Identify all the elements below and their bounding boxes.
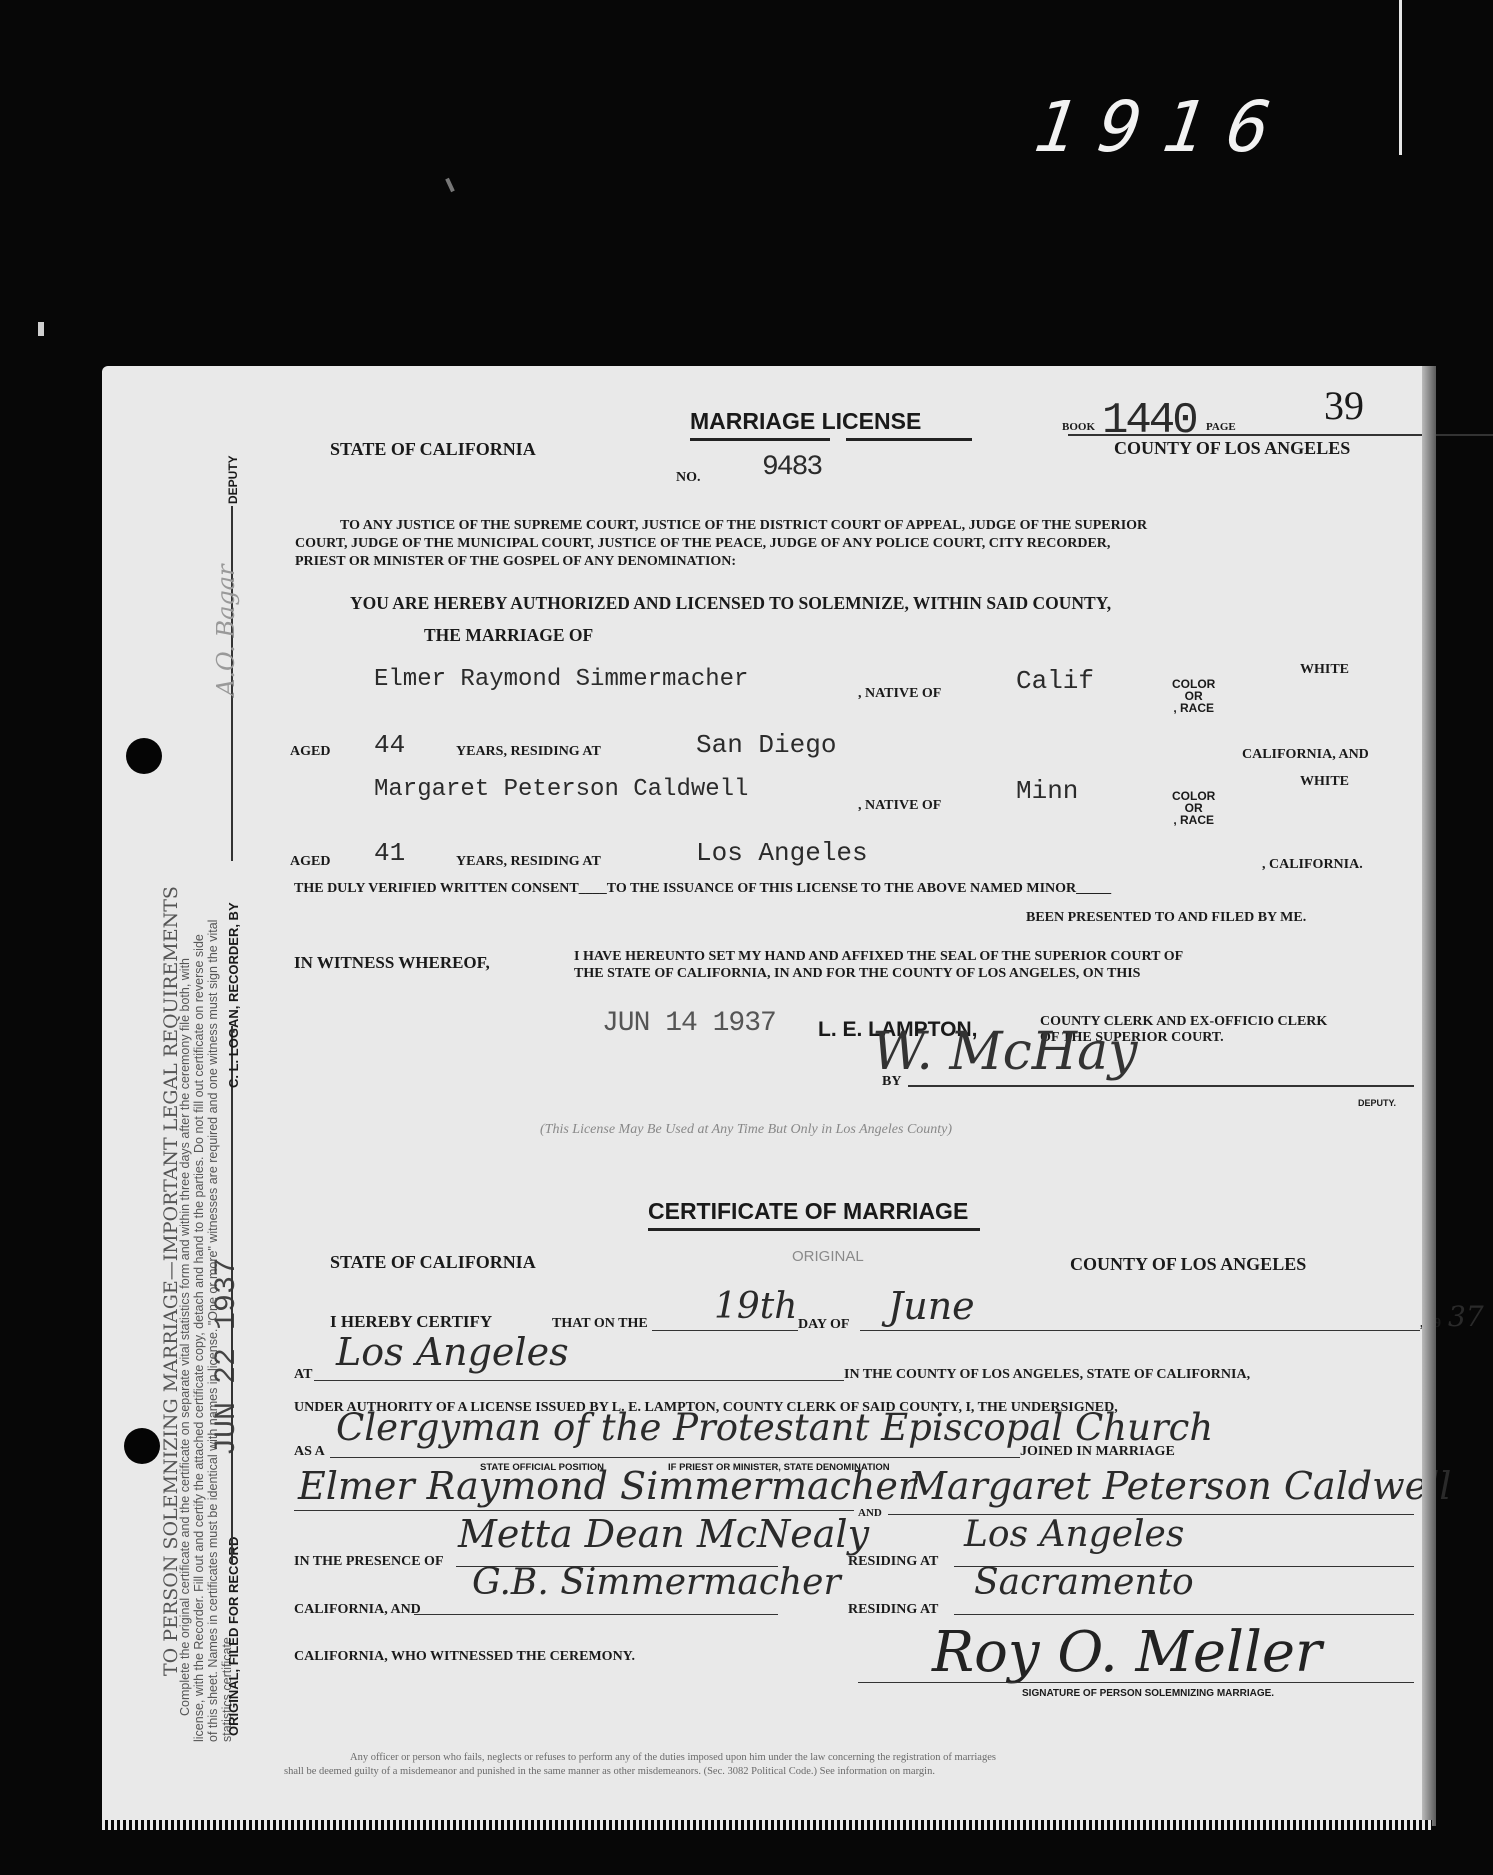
place-line xyxy=(314,1380,844,1381)
license-no-label: NO. xyxy=(676,470,701,486)
residing-at-label: RESIDING AT xyxy=(848,1602,938,1618)
recorder-deputy-signature: A.O. Bagar xyxy=(212,564,240,696)
authorization-text: YOU ARE HEREBY AUTHORIZED AND LICENSED T… xyxy=(350,593,1111,614)
film-frame-number: 1916 xyxy=(1029,86,1297,168)
page-label: PAGE xyxy=(1206,421,1236,433)
addressee-text: PRIEST OR MINISTER OF THE GOSPEL OF ANY … xyxy=(295,554,736,570)
paper-edge-shadow xyxy=(1422,366,1436,1826)
presence-label: IN THE PRESENCE OF xyxy=(294,1554,444,1570)
witness2-line xyxy=(414,1614,778,1615)
book-label: BOOK xyxy=(1062,421,1095,433)
witness-whereof-label: IN WITNESS WHEREOF, xyxy=(294,953,490,973)
addressee-text: TO ANY JUSTICE OF THE SUPREME COURT, JUS… xyxy=(340,518,1147,534)
place-value: Los Angeles xyxy=(336,1330,569,1374)
consent-text: THE DULY VERIFIED WRITTEN CONSENT____TO … xyxy=(294,881,1111,897)
authorization-text: THE MARRIAGE OF xyxy=(424,625,593,646)
bride-name: Margaret Peterson Caldwell xyxy=(374,776,748,803)
consent-text: BEEN PRESENTED TO AND FILED BY ME. xyxy=(1026,910,1306,926)
original-stamp: ORIGINAL xyxy=(792,1248,864,1265)
license-county: COUNTY OF LOS ANGELES xyxy=(1114,438,1350,459)
color-race-label: COLOR OR , RACE xyxy=(1172,790,1215,826)
margin-instruction: Complete the original certificate and th… xyxy=(178,958,192,1716)
footer-penalty-text: Any officer or person who fails, neglect… xyxy=(350,1752,996,1763)
footer-penalty-text: shall be deemed guilty of a misdemeanor … xyxy=(284,1766,935,1777)
years-residing-label: YEARS, RESIDING AT xyxy=(456,854,601,870)
groom-signature-line xyxy=(294,1510,854,1511)
paper-torn-edge xyxy=(102,1820,1432,1830)
title-underline xyxy=(648,1228,980,1231)
year-value: 37 xyxy=(1448,1300,1484,1333)
validity-note: (This License May Be Used at Any Time Bu… xyxy=(540,1122,952,1138)
in-county-text: IN THE COUNTY OF LOS ANGELES, STATE OF C… xyxy=(844,1367,1250,1383)
punch-hole xyxy=(124,1428,160,1464)
filed-date-stamp: JUN 22 1937 xyxy=(210,1258,244,1456)
joined-in-marriage-label: JOINED IN MARRIAGE xyxy=(1020,1444,1175,1460)
license-no-value: 9483 xyxy=(762,452,821,483)
day-line xyxy=(652,1330,798,1331)
title-underline xyxy=(690,438,830,441)
recorder-label: C. L. LOGAN, RECORDER, BY xyxy=(226,902,241,1088)
film-edge-line xyxy=(1399,0,1402,155)
license-title: MARRIAGE LICENSE xyxy=(690,408,921,435)
filed-line xyxy=(231,1026,233,1564)
native-of-label: , NATIVE OF xyxy=(858,686,941,702)
month-line xyxy=(860,1330,1420,1331)
deputy-label: DEPUTY. xyxy=(1358,1098,1396,1108)
witness2-residence: Sacramento xyxy=(974,1562,1194,1603)
bride-race: WHITE xyxy=(1300,774,1349,790)
signature-caption: SIGNATURE OF PERSON SOLEMNIZING MARRIAGE… xyxy=(1022,1688,1274,1699)
groom-race: WHITE xyxy=(1300,662,1349,678)
as-a-label: AS A xyxy=(294,1444,325,1460)
deputy-signature-line xyxy=(908,1085,1414,1087)
color-race-label: COLOR OR , RACE xyxy=(1172,678,1215,714)
certificate-county: COUNTY OF LOS ANGELES xyxy=(1070,1254,1306,1275)
day-value: 19th xyxy=(714,1286,797,1327)
groom-residence: San Diego xyxy=(696,730,836,760)
witness2-residence-line xyxy=(954,1614,1414,1615)
filed-for-record-label: ORIGINAL, FILED FOR RECORD xyxy=(226,1537,241,1736)
day-of-label: DAY OF xyxy=(798,1317,849,1333)
deputy-signature: W. McHay xyxy=(872,1022,1138,1082)
addressee-text: COURT, JUDGE OF THE MUNICIPAL COURT, JUS… xyxy=(295,536,1110,552)
witnessed-ceremony-text: CALIFORNIA, WHO WITNESSED THE CEREMONY. xyxy=(294,1649,635,1665)
witness-whereof-text: THE STATE OF CALIFORNIA, IN AND FOR THE … xyxy=(574,966,1140,982)
page-value: 39 xyxy=(1324,382,1364,429)
california-and-label: CALIFORNIA, AND xyxy=(294,1602,421,1618)
certificate-state: STATE OF CALIFORNIA xyxy=(330,1252,536,1273)
california-and-label: CALIFORNIA, AND xyxy=(1242,747,1369,763)
license-state: STATE OF CALIFORNIA xyxy=(330,439,536,460)
groom-age: 44 xyxy=(374,730,405,760)
title-underline xyxy=(846,438,972,441)
bride-residence: Los Angeles xyxy=(696,838,868,868)
groom-name: Elmer Raymond Simmermacher xyxy=(374,666,748,693)
years-residing-label: YEARS, RESIDING AT xyxy=(456,744,601,760)
native-of-label: , NATIVE OF xyxy=(858,798,941,814)
punch-hole xyxy=(126,738,162,774)
aged-label: AGED xyxy=(290,854,330,870)
bride-signed-name: Margaret Peterson Caldwell xyxy=(908,1464,1451,1508)
deputy-label: DEPUTY xyxy=(226,455,240,504)
certify-label: I HEREBY CERTIFY xyxy=(330,1312,492,1332)
officiant-signature-line xyxy=(858,1682,1414,1683)
bride-age: 41 xyxy=(374,838,405,868)
bride-native-of: Minn xyxy=(1016,776,1078,806)
certificate-title: CERTIFICATE OF MARRIAGE xyxy=(648,1198,968,1225)
california-label: , CALIFORNIA. xyxy=(1262,857,1363,873)
race-label: , RACE xyxy=(1172,814,1215,826)
witness1-residence: Los Angeles xyxy=(964,1514,1184,1555)
groom-signed-name: Elmer Raymond Simmermacher xyxy=(298,1464,916,1508)
film-speck xyxy=(445,178,455,192)
officiant-signature: Roy O. Meller xyxy=(932,1620,1322,1685)
margin-instruction: license, with the Recorder. Fill out and… xyxy=(192,934,206,1742)
at-label: AT xyxy=(294,1367,312,1383)
issue-date-stamp: JUN 14 1937 xyxy=(602,1008,776,1039)
groom-native-of: Calif xyxy=(1016,666,1094,696)
race-label: , RACE xyxy=(1172,702,1215,714)
officiant-position: Clergyman of the Protestant Episcopal Ch… xyxy=(336,1406,1213,1449)
aged-label: AGED xyxy=(290,744,330,760)
witness1-name: Metta Dean McNealy xyxy=(458,1512,869,1556)
witness-whereof-text: I HAVE HEREUNTO SET MY HAND AND AFFIXED … xyxy=(574,949,1183,965)
film-speck xyxy=(38,322,44,336)
residing-at-label: RESIDING AT xyxy=(848,1554,938,1570)
marriage-document: TO PERSON SOLEMNIZING MARRIAGE—IMPORTANT… xyxy=(102,366,1432,1826)
position-line xyxy=(330,1457,1020,1458)
witness2-name: G.B. Simmermacher xyxy=(472,1562,841,1603)
month-value: June xyxy=(888,1284,975,1328)
